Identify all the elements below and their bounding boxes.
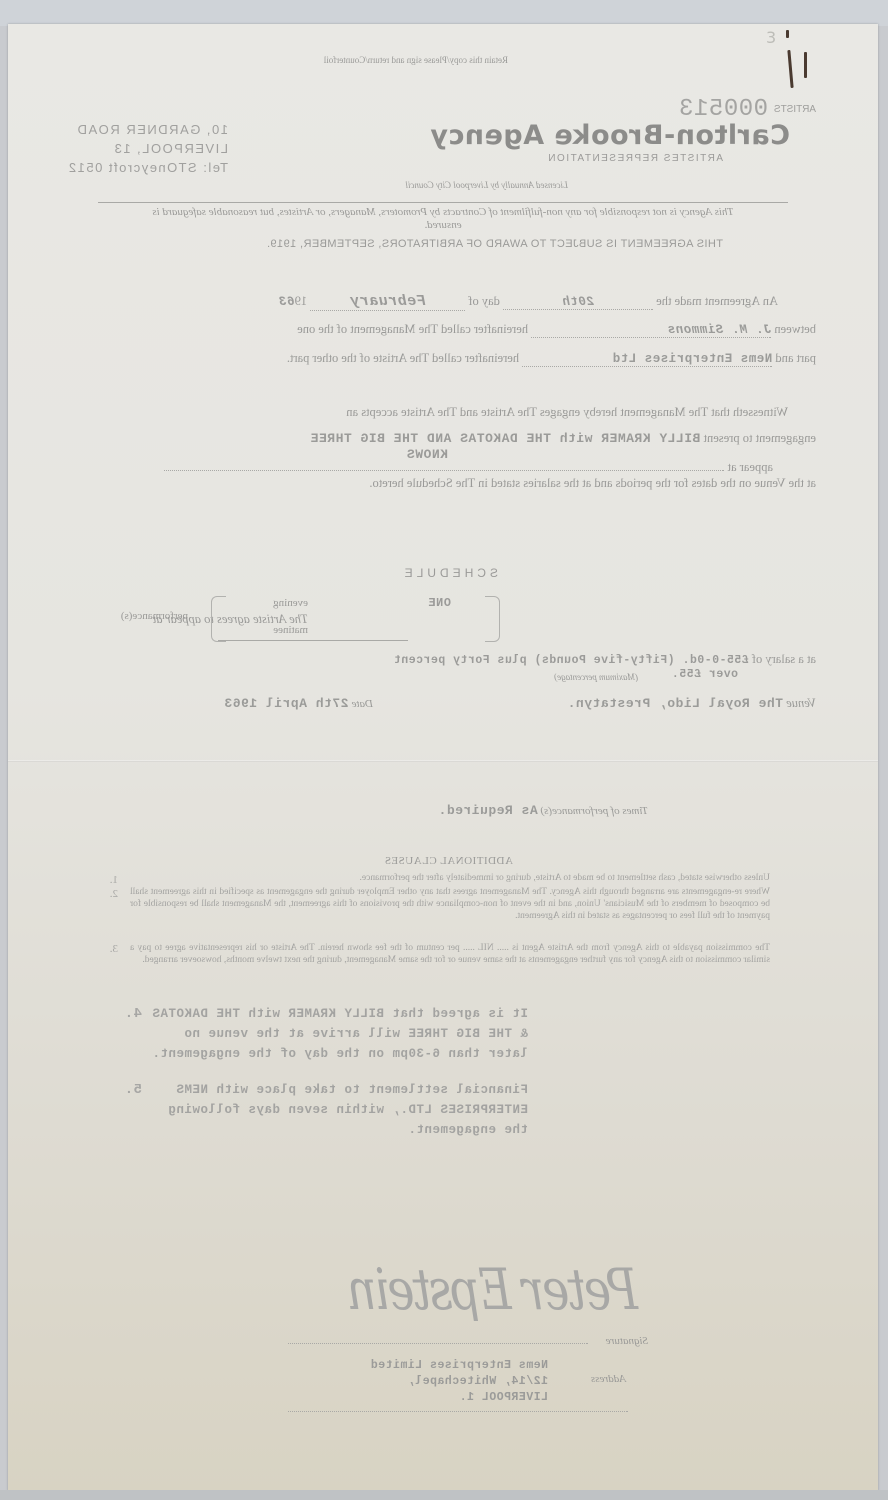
top-note: Retain this copy/Please sign and return/… (324, 55, 508, 65)
venue-value: The Royal Lido, Prestatyn. (567, 696, 783, 711)
artiste-suffix: hereinafter called The Artiste of the ot… (287, 351, 519, 365)
matinee-underline (218, 640, 408, 641)
clause-number: 3. (110, 943, 118, 955)
day-of-label: day of (468, 294, 500, 308)
witnesseth-intro: Witnesseth that The Management hereby en… (346, 405, 788, 420)
engagement-label: engagement to present (704, 431, 816, 445)
signatory-address-line: 12/14, Whitechapel, (370, 1374, 548, 1390)
agency-name: Carlton-Brooke Agency (430, 120, 790, 151)
signatory-address-line: LIVERPOOL 1. (370, 1390, 548, 1406)
typed-clause-text: It is agreed that BILLY KRAMER with THE … (148, 1004, 528, 1064)
agency-licence: Licensed Annually by Liverpool City Coun… (405, 180, 568, 190)
times-label: Times of performance(s) (540, 805, 648, 817)
clause-number: 1. (110, 874, 118, 886)
signatory-address-line: Nems Enterprises Limited (370, 1358, 548, 1374)
management-name: J. M. Simmons (667, 323, 771, 337)
mirrored-show-through-layer: Retain this copy/Please sign and return/… (0, 0, 888, 1500)
performances-label: performance(s) (121, 610, 188, 622)
contract-number-prefix: ARTISTS (774, 104, 816, 115)
address-line: LIVERPOOL, 13 (67, 139, 228, 158)
clause-text: The commission payable to this Agency fr… (130, 942, 770, 966)
agreement-artiste-line: part and Nems Enterprises Ltd hereinafte… (287, 351, 816, 367)
times-line: Times of performance(s) As Required. (438, 803, 648, 818)
signature-line (288, 1342, 588, 1344)
date-value: 27th April 1963 (224, 696, 349, 711)
act-name: BILLY KRAMER with THE DAKOTAS AND THE BI… (310, 431, 700, 446)
schedule-bracket (211, 596, 226, 642)
engagement-line: engagement to present BILLY KRAMER with … (310, 431, 816, 446)
evening-label: evening (273, 597, 308, 609)
address-line: Tel: STOneycroft 0512 (67, 158, 228, 177)
salary-continued: over £55. (671, 668, 738, 681)
agency-disclaimer: This Agency is not responsible for any n… (133, 206, 753, 232)
clause-text: Unless otherwise stated, cash settlement… (130, 872, 770, 884)
schedule-bracket-right (485, 596, 500, 642)
times-value: As Required. (438, 803, 538, 818)
date-line: Date 27th April 1963 (224, 696, 373, 711)
clause-number: 2. (110, 888, 118, 900)
agreement-made-label: An Agreement made the (656, 294, 778, 308)
agreement-month: February (350, 293, 426, 310)
performance-count: ONE (428, 596, 451, 610)
artiste-name: Nems Enterprises Ltd (612, 352, 772, 366)
clause-text: Where re-engagements are arranged throug… (130, 886, 770, 922)
typed-clause-text: Financial settlement to take place with … (148, 1080, 528, 1140)
schedule-title: SCHEDULE (401, 566, 498, 580)
year-prefix: 19 (295, 294, 308, 308)
witnesseth-closing: at the Venue on the dates for the period… (369, 476, 816, 491)
address-line-rule (288, 1410, 628, 1412)
between-label: between (774, 322, 816, 336)
salary-label: at a salary of (752, 652, 816, 666)
appear-label: appear at (728, 460, 773, 474)
address-line: 10, GARDNER ROAD (67, 120, 228, 139)
agreement-year: 63 (279, 295, 295, 309)
header-divider (98, 202, 788, 203)
typed-clause-number: 5. (124, 1082, 142, 1098)
contract-number: 000513 (679, 96, 768, 123)
signatory-address: Nems Enterprises Limited 12/14, Whitecha… (370, 1358, 548, 1406)
address-label: Address (591, 1373, 626, 1385)
salary-line: at a salary of £55-0-0d. (Fifty-five Pou… (393, 652, 816, 667)
arbitration-notice: THIS AGREEMENT IS SUBJECT TO AWARD OF AR… (267, 238, 723, 250)
venue-label: Venue (786, 696, 816, 710)
additional-clauses-title: ADDITIONAL CLAUSES (384, 855, 513, 867)
appear-line: appear at (164, 460, 773, 475)
salary-value: £55-0-0d. (Fifty-five Pounds) plus Forty… (393, 654, 748, 667)
salary-sub-label: (Maximum percentage) (554, 672, 638, 682)
management-suffix: hereinafter called The Management of the… (297, 322, 528, 336)
agency-subtitle: ARTISTES REPRESENTATION (547, 153, 723, 164)
part-and-label: part and (775, 351, 816, 365)
signature-handwriting: Peter Epstein (349, 1255, 638, 1323)
date-label: Date (352, 698, 373, 710)
agreement-date-line: An Agreement made the 20th day of Februa… (279, 293, 778, 311)
matinee-label: matinee (273, 624, 308, 636)
signature-label: Signature (606, 1335, 648, 1347)
agreement-between-line: between J. M. Simmons hereinafter called… (297, 322, 816, 338)
agency-address: 10, GARDNER ROAD LIVERPOOL, 13 Tel: STOn… (67, 120, 228, 177)
agreement-day: 20th (562, 295, 594, 309)
venue-line: Venue The Royal Lido, Prestatyn. (567, 696, 816, 711)
typed-clause-number: 4. (124, 1006, 142, 1022)
